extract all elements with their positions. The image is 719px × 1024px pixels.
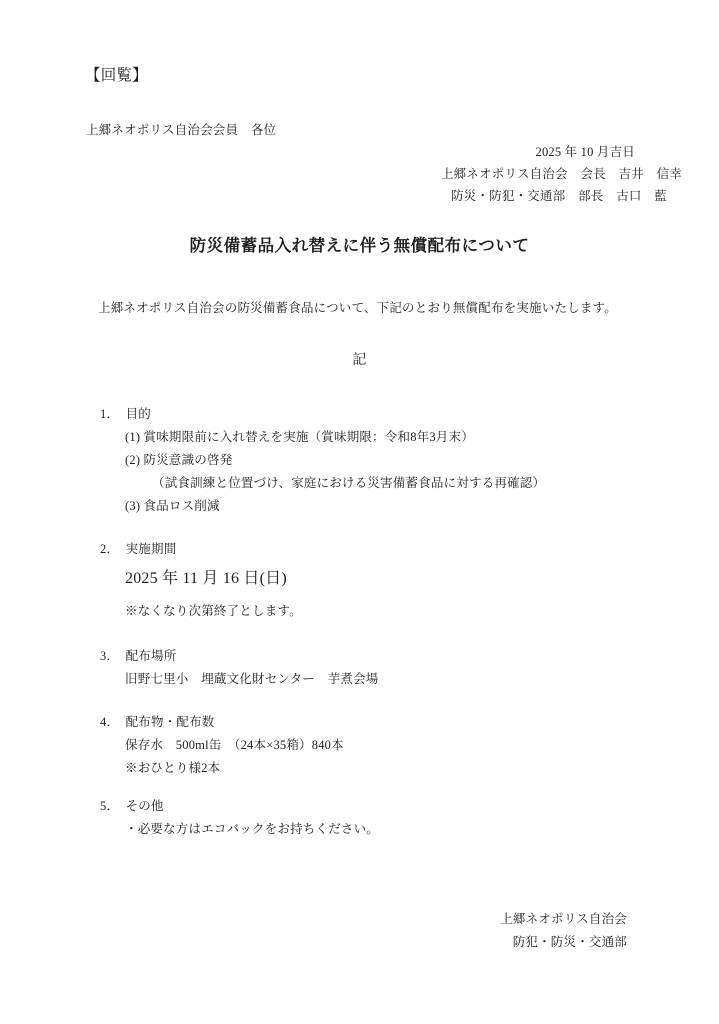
- circular-tag: 【回覧】: [85, 66, 148, 85]
- recipient-line: 上郷ネオポリス自治会会員 各位: [86, 123, 276, 139]
- purpose-item-3: (3) 食品ロス削減: [125, 499, 220, 515]
- section-other-heading: 5． その他: [100, 799, 164, 815]
- sender-chairman: 上郷ネオポリス自治会 会長 吉井 信幸: [441, 167, 682, 183]
- section-purpose-heading: 1． 目的: [100, 407, 151, 423]
- other-line: ・必要な方はエコバックをお持ちください。: [125, 822, 379, 838]
- record-marker: 記: [0, 352, 719, 370]
- purpose-item-2-note: （試食訓練と位置づけ、家庭における災害備蓄食品に対する再確認）: [152, 476, 545, 492]
- section-period-heading: 2． 実施期間: [100, 542, 176, 558]
- items-line: 保存水 500ml缶 （24本×35箱）840本: [125, 738, 344, 754]
- footer-signature: 上郷ネオポリス自治会 防犯・防災・交通部: [500, 908, 627, 954]
- document-page: 【回覧】 上郷ネオポリス自治会会員 各位 2025 年 10 月吉日 上郷ネオポ…: [0, 0, 719, 1024]
- section-items-heading: 4． 配布物・配布数: [100, 715, 215, 731]
- place-line: 旧野七里小 埋蔵文化財センター 芋煮会場: [125, 672, 379, 688]
- footer-organization: 上郷ネオポリス自治会: [500, 908, 627, 931]
- footer-department: 防犯・防災・交通部: [500, 931, 627, 954]
- section-place-heading: 3． 配布場所: [100, 649, 176, 665]
- purpose-item-1: (1) 賞味期限前に入れ替えを実施（賞味期限：令和8年3月末）: [125, 430, 474, 446]
- period-note: ※なくなり次第終了とします。: [125, 604, 302, 620]
- sender-department-head: 防災・防犯・交通部 部長 古口 藍: [451, 189, 667, 205]
- issue-date: 2025 年 10 月吉日: [536, 145, 635, 161]
- distribution-date: 2025 年 11 月 16 日(日): [125, 569, 287, 589]
- items-limit-note: ※おひとり様2本: [125, 761, 220, 777]
- purpose-item-2: (2) 防災意識の啓発: [125, 453, 232, 469]
- intro-paragraph: 上郷ネオポリス自治会の防災備蓄食品について、下記のとおり無償配布を実施いたします…: [98, 301, 617, 317]
- page-title: 防災備蓄品入れ替えに伴う無償配布について: [0, 236, 719, 257]
